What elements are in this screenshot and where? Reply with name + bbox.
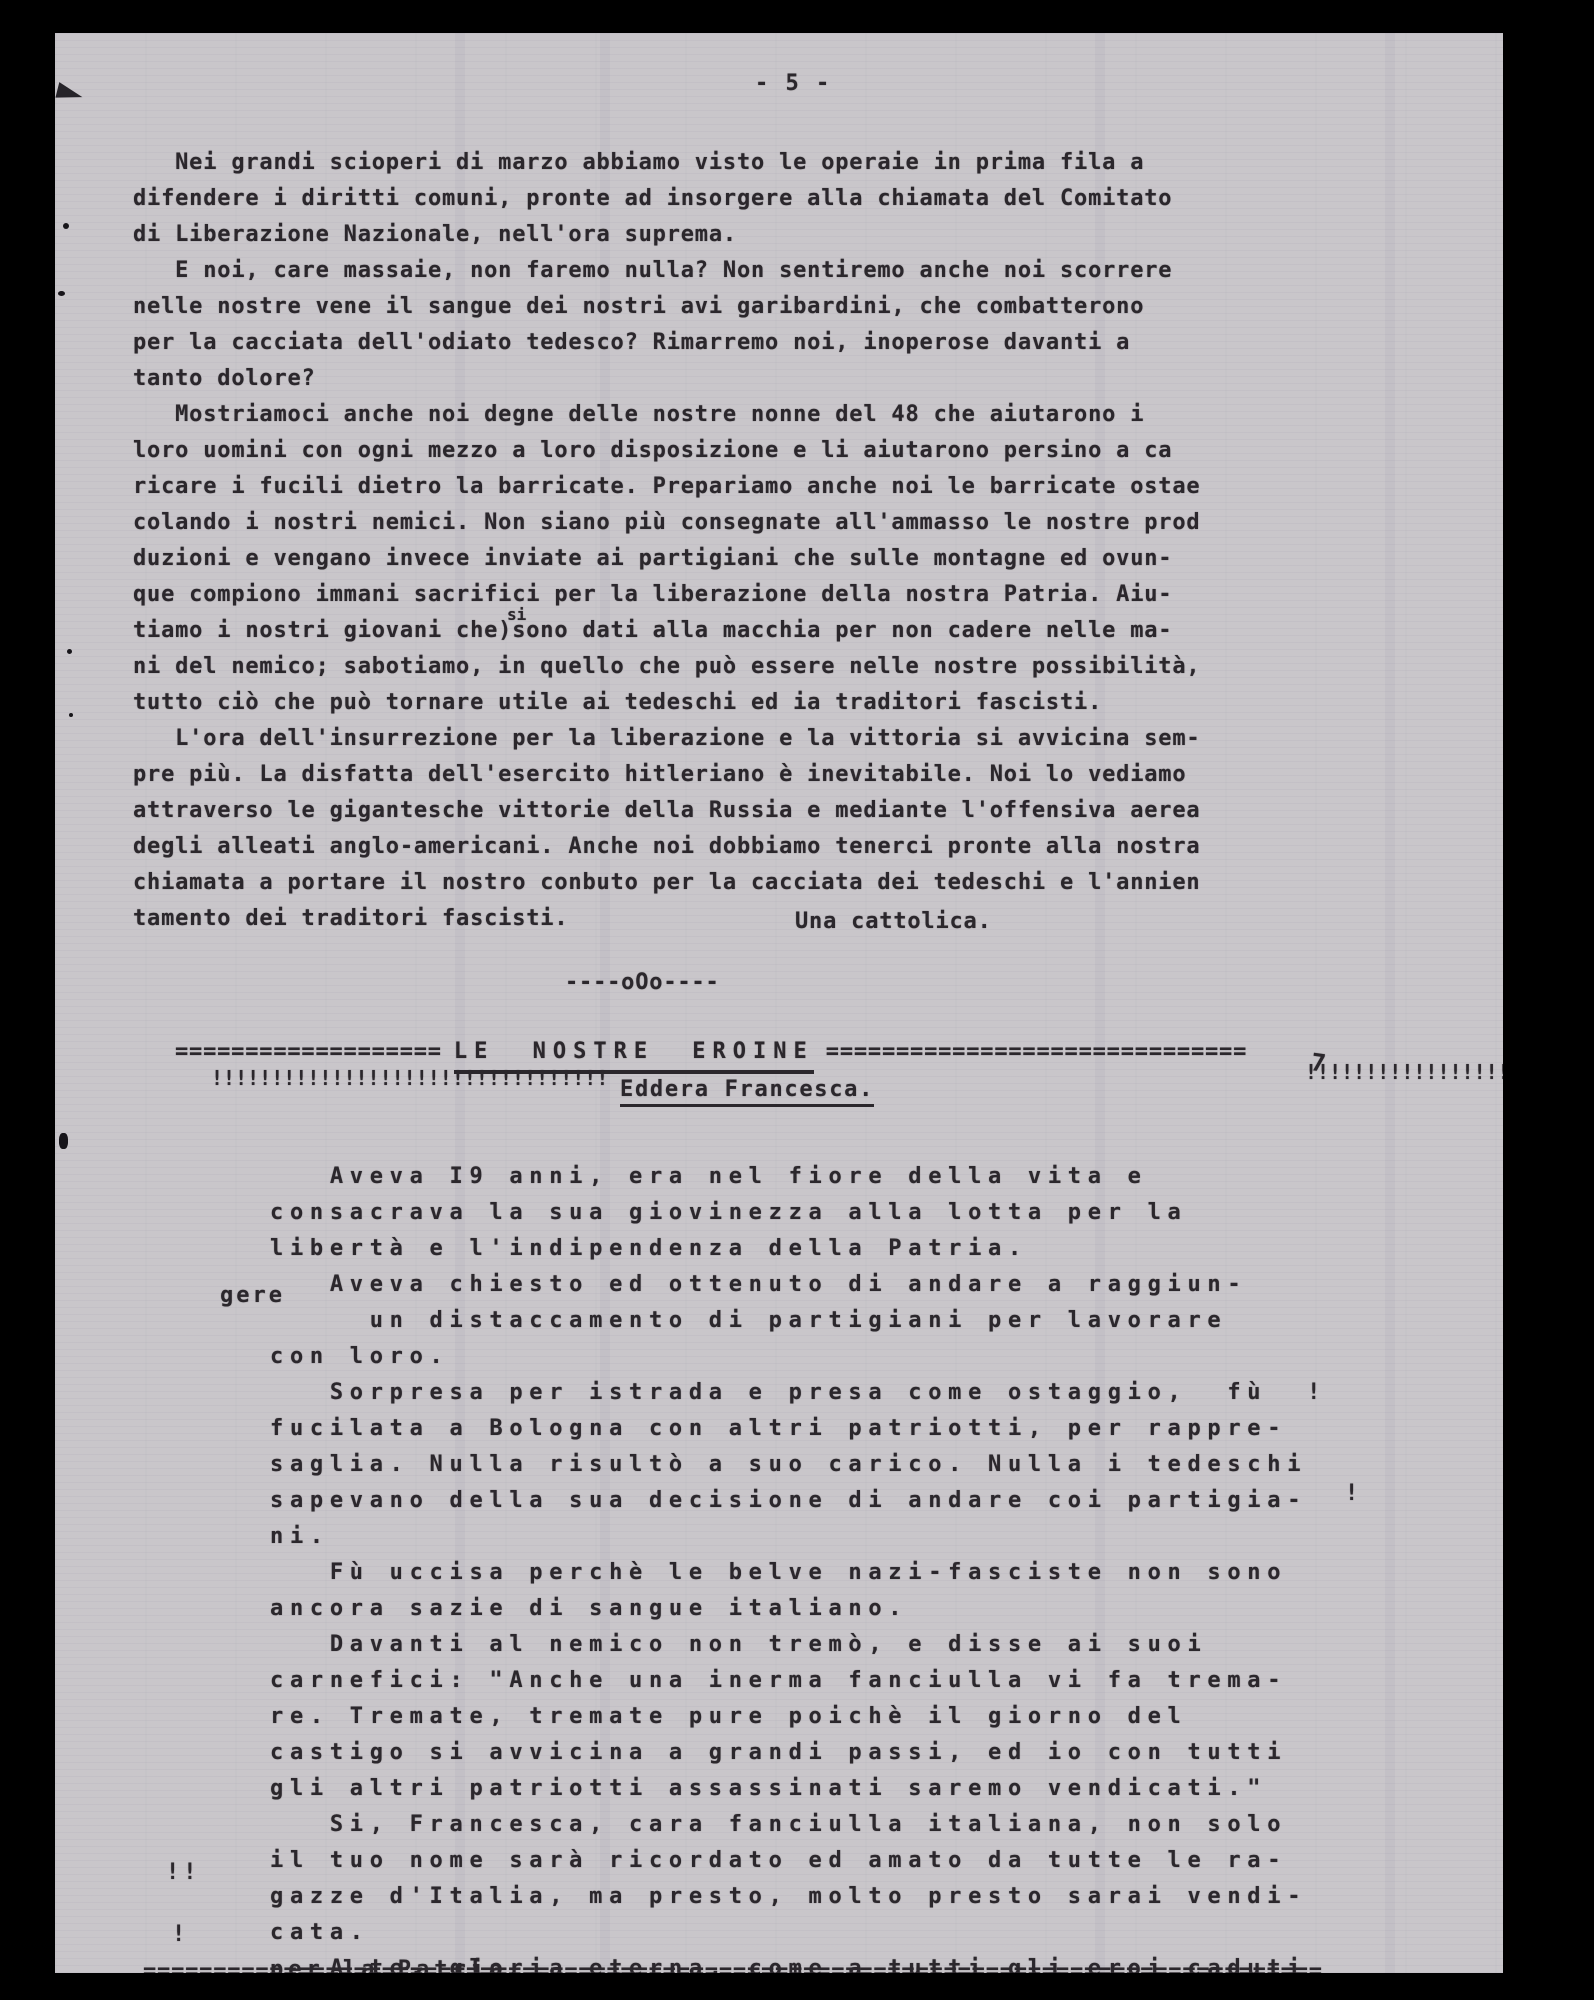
- box-border-bottom: ========================================…: [143, 1959, 1323, 1973]
- ink-speck: [69, 713, 73, 717]
- box-border-right: !!!!!!!!!!!!!!!!!!!!!!!!!!!!!!!!!: [1305, 1059, 1317, 1086]
- typed-overflow-syllable: gere: [220, 1283, 285, 1308]
- typed-correction: si: [507, 605, 526, 624]
- box-border-left: !!!!!!!!!!!!!!!!!!!!!!!!!!!!!!!!!: [211, 1065, 223, 1092]
- equals-rule-right: ==============================: [826, 1035, 1247, 1069]
- body-text: Nei grandi scioperi di marzo abbiamo vis…: [133, 145, 1200, 937]
- heroine-story-text: Aveva I9 anni, era nel fiore della vita …: [270, 1159, 1327, 1973]
- equals-rule-left: ===================: [175, 1035, 442, 1069]
- margin-exclamation-double: !!: [166, 1860, 201, 1885]
- paper-crease: [1385, 33, 1395, 1973]
- ink-speck: [58, 291, 65, 296]
- ink-speck: [59, 1133, 68, 1149]
- heroine-name-heading: Eddera Francesca.: [620, 1077, 874, 1107]
- ink-blot: [55, 82, 84, 104]
- page-number: - 5 -: [755, 71, 831, 96]
- margin-exclamation: !: [172, 1922, 185, 1947]
- ink-speck: [67, 649, 72, 654]
- margin-exclamation-right: !: [1345, 1481, 1358, 1506]
- ink-speck: [63, 223, 69, 229]
- scanned-document: - 5 - Nei grandi scioperi di marzo abbia…: [0, 0, 1594, 2000]
- section-divider: ----oOo----: [565, 970, 720, 995]
- signature: Una cattolica.: [795, 909, 992, 934]
- paper-sheet: - 5 - Nei grandi scioperi di marzo abbia…: [55, 33, 1503, 1973]
